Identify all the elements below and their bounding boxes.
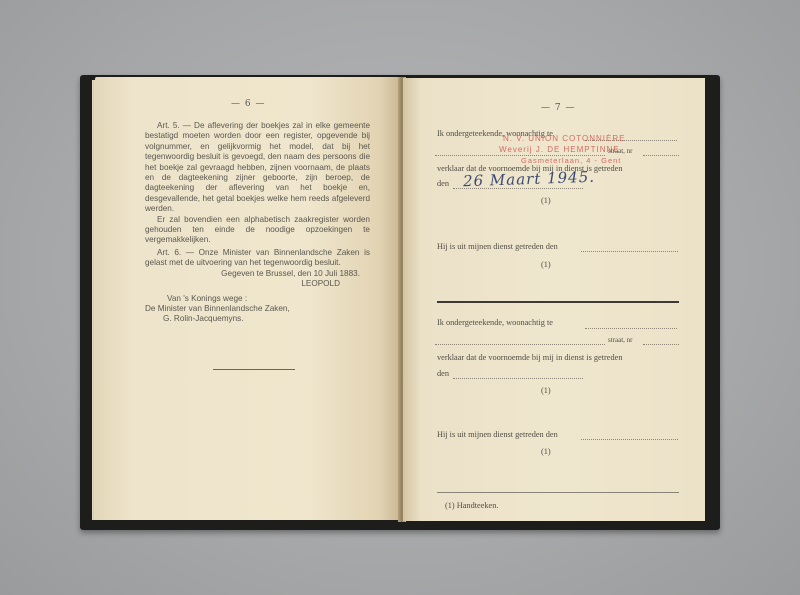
law-text: Art. 5. — De aflevering der boekjes zal … xyxy=(145,121,370,325)
left-page: — 6 — Art. 5. — De aflevering der boekje… xyxy=(95,77,401,520)
declaration-line: verklaar dat de voornoemde bij mij in di… xyxy=(437,353,622,362)
street-field[interactable] xyxy=(435,344,605,345)
company-stamp-line1: N. V. UNION COTONNIÈRE xyxy=(503,134,625,143)
end-rule xyxy=(213,369,295,370)
king-signature: LEOPOLD xyxy=(145,279,370,289)
den-label: den xyxy=(437,369,449,378)
right-page: — 7 — Ik ondergeteekende, woonachtig te … xyxy=(403,78,705,521)
page-number: — 7 — xyxy=(541,103,575,113)
exit-date-field[interactable] xyxy=(581,439,678,440)
street-label: straat, nr xyxy=(608,147,633,155)
number-field[interactable] xyxy=(643,155,679,156)
exit-date-field[interactable] xyxy=(581,251,678,252)
signature-note: (1) xyxy=(541,386,551,395)
handwritten-date: 26 Maart 1945. xyxy=(463,168,596,191)
footnote: (1) Handteeken. xyxy=(445,501,498,510)
declaration-line: Ik ondergeteekende, woonachtig te xyxy=(437,318,553,327)
exit-line: Hij is uit mijnen dienst getreden den xyxy=(437,242,558,251)
den-label: den xyxy=(437,179,449,188)
minister-name: G. Rolin-Jacquemyns. xyxy=(145,314,370,324)
signature-note: (1) xyxy=(541,447,551,456)
company-stamp-line2: Weverij J. DE HEMPTINNE xyxy=(499,145,620,154)
start-date-field[interactable] xyxy=(453,378,583,379)
minister-title: De Minister van Binnenlandsche Zaken, xyxy=(145,304,370,314)
street-label: straat, nr xyxy=(608,336,633,344)
given-date: Gegeven te Brussel, den 10 Juli 1883. xyxy=(145,269,370,279)
section-divider xyxy=(437,301,679,303)
signature-note: (1) xyxy=(541,196,551,205)
alphabet-register-paragraph: Er zal bovendien een alphabetisch zaakre… xyxy=(145,215,370,246)
exit-line: Hij is uit mijnen dienst getreden den xyxy=(437,430,558,439)
article-6: Art. 6. — Onze Minister van Binnenlandsc… xyxy=(145,248,370,269)
page-number: — 6 — xyxy=(231,99,265,109)
by-king: Van 's Konings wege : xyxy=(145,294,370,304)
article-5: Art. 5. — De aflevering der boekjes zal … xyxy=(145,121,370,215)
number-field[interactable] xyxy=(643,344,679,345)
footnote-rule xyxy=(437,492,679,493)
residence-field[interactable] xyxy=(585,328,677,329)
signature-note: (1) xyxy=(541,260,551,269)
